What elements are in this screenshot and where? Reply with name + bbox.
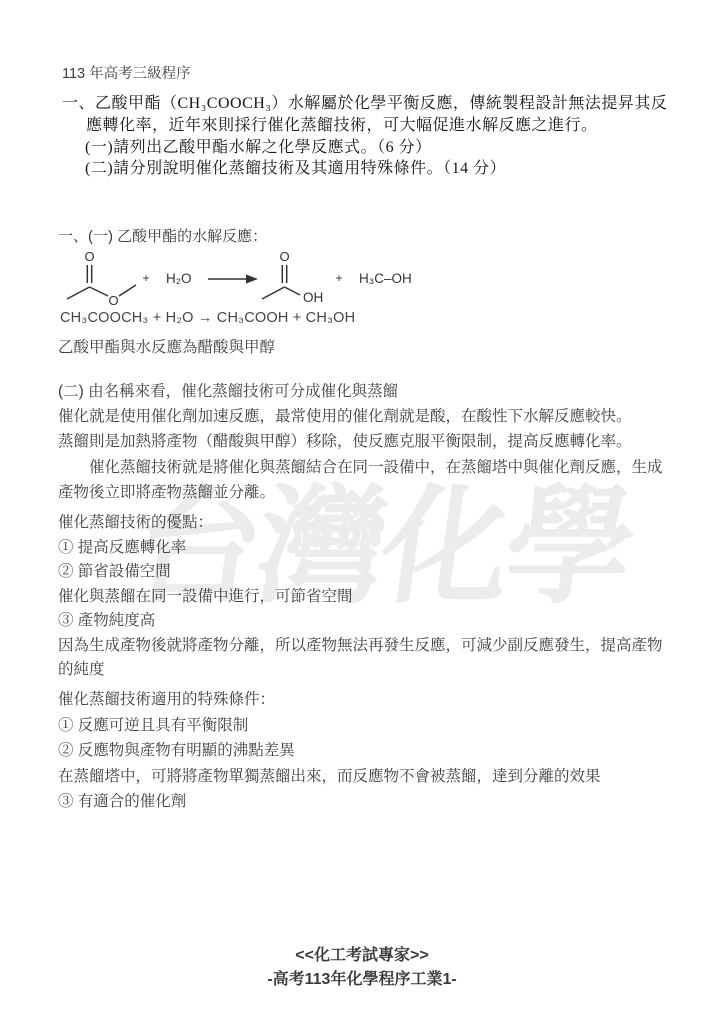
plus-sign-1: + bbox=[142, 271, 149, 285]
conditions-heading: 催化蒸餾技術適用的特殊條件： bbox=[58, 687, 664, 713]
answer-part1-heading: 一、(一) 乙酸甲酯的水解反應： bbox=[58, 225, 267, 246]
reaction-scheme-diagram: O O + H₂O O OH + H₃C–OH bbox=[56, 246, 480, 308]
question-main: 一、乙酸甲酯（CH₃COOCH₃）水解屬於化學平衡反應，傳統製程設計無法提昇其反… bbox=[62, 93, 670, 137]
page-title: 113 年高考三級程序 bbox=[62, 62, 191, 83]
acetic-acid-structure bbox=[262, 265, 300, 299]
answer-part2-block: (二) 由名稱來看，催化蒸餾技術可分成催化與蒸餾 催化就是使用催化劑加速反應，最… bbox=[58, 379, 664, 505]
reaction-arrow bbox=[208, 275, 258, 284]
water-formula: H₂O bbox=[166, 271, 192, 286]
condition-item-2-note: 在蒸餾塔中，可將將產物單獨蒸餾出來，而反應物不會被蒸餾，達到分離的效果 bbox=[58, 764, 664, 790]
acid-carbonyl-o-label: O bbox=[279, 249, 289, 264]
question-sub-2: (二)請分別說明催化蒸餾技術及其適用特殊條件。（14 分） bbox=[85, 158, 670, 180]
advantage-item-3: ③ 產物純度高 bbox=[58, 609, 664, 634]
reaction-scheme-svg: O O + H₂O O OH + H₃C–OH bbox=[56, 246, 480, 308]
advantages-block: 催化蒸餾技術的優點： ① 提高反應轉化率 ② 節省設備空間 催化與蒸餾在同一設備… bbox=[58, 511, 664, 683]
page-footer: <<化工考試專家>> -高考113年化學程序工業1- bbox=[0, 944, 724, 992]
advantage-item-3-note: 因為生成產物後就將產物分離，所以產物無法再發生反應，可減少副反應發生，提高產物的… bbox=[58, 634, 664, 683]
question-sub-1: (一)請列出乙酸甲酯水解之化學反應式。（6 分） bbox=[85, 137, 670, 159]
footer-doc-id: -高考113年化學程序工業1- bbox=[0, 968, 724, 992]
hydrolysis-equation: CH₃COOCH₃ + H₂O → CH₃COOH + CH₃OH bbox=[60, 310, 355, 326]
carbonyl-o-label: O bbox=[84, 249, 94, 264]
part2-line2: 蒸餾則是加熱將產物（醋酸與甲醇）移除，使反應克服平衡限制，提高反應轉化率。 bbox=[58, 429, 664, 454]
plus-sign-2: + bbox=[335, 271, 342, 285]
condition-item-2: ② 反應物與產物有明顯的沸點差異 bbox=[58, 738, 664, 764]
advantages-heading: 催化蒸餾技術的優點： bbox=[58, 511, 664, 536]
footer-brand: <<化工考試專家>> bbox=[0, 944, 724, 968]
methyl-acetate-structure bbox=[67, 265, 136, 299]
part2-heading: (二) 由名稱來看，催化蒸餾技術可分成催化與蒸餾 bbox=[58, 379, 664, 404]
condition-item-3: ③ 有適合的催化劑 bbox=[58, 789, 664, 815]
advantage-item-2: ② 節省設備空間 bbox=[58, 560, 664, 585]
question-block: 一、乙酸甲酯（CH₃COOCH₃）水解屬於化學平衡反應，傳統製程設計無法提昇其反… bbox=[62, 93, 670, 180]
condition-item-1: ① 反應可逆且具有平衡限制 bbox=[58, 713, 664, 739]
advantage-item-1: ① 提高反應轉化率 bbox=[58, 536, 664, 561]
part2-line1: 催化就是使用催化劑加速反應，最常使用的催化劑就是酸，在酸性下水解反應較快。 bbox=[58, 404, 664, 429]
methanol-formula: H₃C–OH bbox=[359, 271, 412, 286]
conditions-block: 催化蒸餾技術適用的特殊條件： ① 反應可逆且具有平衡限制 ② 反應物與產物有明顯… bbox=[58, 687, 664, 815]
part2-paragraph: 催化蒸餾技術就是將催化與蒸餾結合在同一設備中，在蒸餾塔中與催化劑反應，生成產物後… bbox=[58, 455, 664, 505]
advantage-item-2-note: 催化與蒸餾在同一設備中進行，可節省空間 bbox=[58, 585, 664, 610]
document-page: 台灣化學 113 年高考三級程序 一、乙酸甲酯（CH₃COOCH₃）水解屬於化學… bbox=[0, 0, 724, 1024]
acid-oh-label: OH bbox=[303, 290, 323, 305]
ester-o-label: O bbox=[108, 293, 118, 308]
equation-note: 乙酸甲酯與水反應為醋酸與甲醇 bbox=[58, 335, 275, 357]
